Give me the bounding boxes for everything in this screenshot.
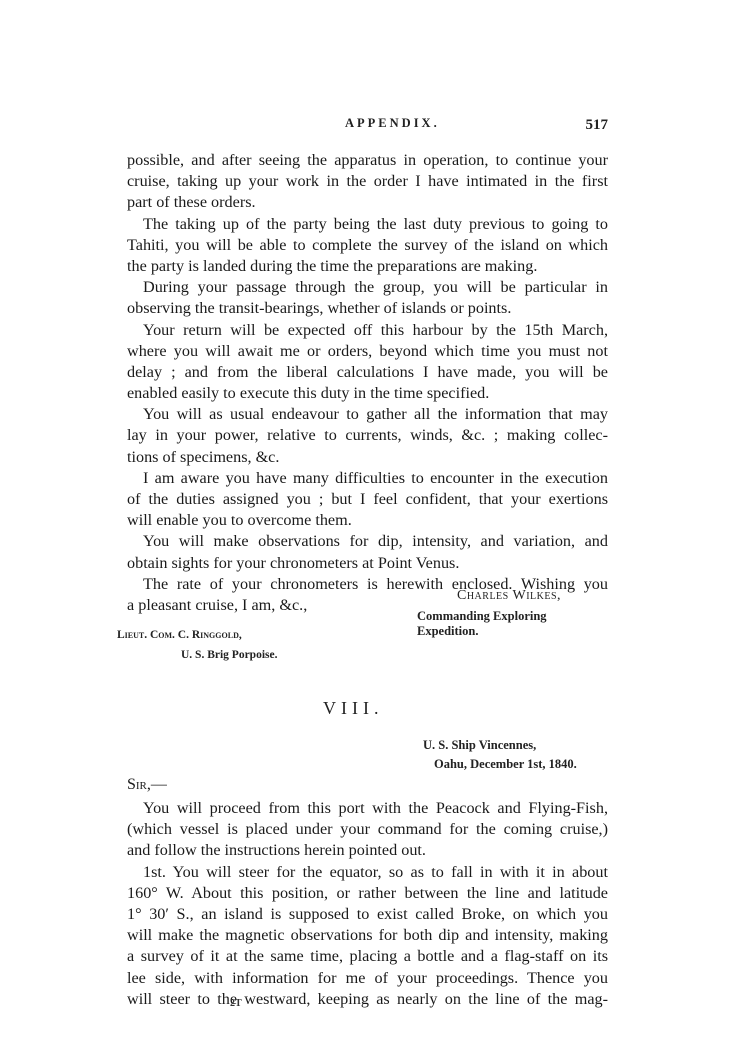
text-line: During your passage through the group, y…: [127, 277, 608, 298]
text-line: will steer to the westward, keeping as n…: [127, 989, 608, 1010]
text-line: enabled easily to execute this duty in t…: [127, 383, 608, 404]
dateline-date: Oahu, December 1st, 1840.: [434, 757, 577, 772]
text-line: You will make observations for dip, inte…: [127, 531, 608, 552]
text-line: and follow the instructions herein point…: [127, 840, 608, 861]
text-line: will make the magnetic observations for …: [127, 925, 608, 946]
text-line: will enable you to overcome them.: [127, 510, 608, 531]
running-head: APPENDIX. 517: [127, 116, 608, 138]
page-number: 517: [586, 117, 609, 134]
letter-vii-body: possible, and after seeing the apparatus…: [127, 150, 608, 616]
salutation: Sir,—: [127, 776, 167, 794]
text-line: observing the transit-bearings, whether …: [127, 298, 608, 319]
text-line: a survey of it at the same time, placing…: [127, 946, 608, 967]
signature-title: Commanding Exploring Expedition.: [417, 609, 608, 639]
text-line: the party is landed during the time the …: [127, 256, 608, 277]
text-line: Tahiti, you will be able to complete the…: [127, 235, 608, 256]
text-line: You will proceed from this port with the…: [127, 798, 608, 819]
printer-signature-mark: 2T: [230, 998, 242, 1009]
text-line: part of these orders.: [127, 192, 608, 213]
text-line: delay ; and from the liberal calculation…: [127, 362, 608, 383]
text-line: (which vessel is placed under your comma…: [127, 819, 608, 840]
text-line: where you will await me or orders, beyon…: [127, 341, 608, 362]
text-line: 1° 30′ S., an island is supposed to exis…: [127, 904, 608, 925]
signature-name: Charles Wilkes,: [457, 588, 561, 604]
text-line: 1st. You will steer for the equator, so …: [127, 862, 608, 883]
text-line: Your return will be expected off this ha…: [127, 320, 608, 341]
text-line: possible, and after seeing the apparatus…: [127, 150, 608, 171]
text-line: tions of specimens, &c.: [127, 447, 608, 468]
addressee-name: Lieut. Com. C. Ringgold,: [117, 629, 242, 641]
text-line: of the duties assigned you ; but I feel …: [127, 489, 608, 510]
dateline-ship: U. S. Ship Vincennes,: [423, 738, 536, 753]
text-line: lee side, with information for me of you…: [127, 968, 608, 989]
text-line: The taking up of the party being the las…: [127, 214, 608, 235]
text-line: 160° W. About this position, or rather b…: [127, 883, 608, 904]
text-line: obtain sights for your chronometers at P…: [127, 553, 608, 574]
text-line: cruise, taking up your work in the order…: [127, 171, 608, 192]
text-line: I am aware you have many difficulties to…: [127, 468, 608, 489]
letter-viii-body: You will proceed from this port with the…: [127, 798, 608, 1010]
text-line: You will as usual endeavour to gather al…: [127, 404, 608, 425]
running-title: APPENDIX.: [345, 116, 440, 131]
addressee-ship: U. S. Brig Porpoise.: [181, 649, 277, 661]
text-line: lay in your power, relative to currents,…: [127, 425, 608, 446]
section-heading: VIII.: [323, 698, 383, 719]
